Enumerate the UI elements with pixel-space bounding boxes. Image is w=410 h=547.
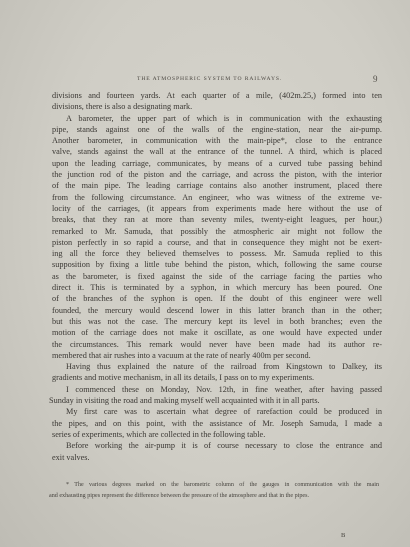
text-line: exit valves. <box>52 452 382 463</box>
text-line: the circumstances. This remark would nev… <box>52 339 382 350</box>
text-line: breaks, that they ran at more than seven… <box>52 214 382 225</box>
text-line: motion of the carriage does not make it … <box>52 327 382 338</box>
page-number: 9 <box>373 74 378 84</box>
text-line: upon the leading carriage, communicates,… <box>52 158 382 169</box>
running-title: THE ATMOSPHERIC SYSTEM TO RAILWAYS. <box>137 76 282 82</box>
footnote: * The various degrees marked on the baro… <box>49 480 379 501</box>
signature-mark: B <box>341 532 345 539</box>
footnote-line: * The various degrees marked on the baro… <box>49 480 379 491</box>
text-line: of the branches of the syphon is open. I… <box>52 293 382 304</box>
text-line: direct it. This is terminated by a sypho… <box>52 282 382 293</box>
text-line: My first care was to ascertain what degr… <box>52 406 382 417</box>
text-line: divisions, there is also a designating m… <box>52 101 382 112</box>
text-line: ing all the force they believed themselv… <box>52 248 382 259</box>
text-line: divisions and fourteen yards. At each qu… <box>52 90 382 101</box>
text-line: membered that air rushes into a vacuum a… <box>52 350 382 361</box>
text-line: A barometer, the upper part of which is … <box>52 113 382 124</box>
text-line: of the main pipe. The leading carriage c… <box>52 180 382 191</box>
text-line: pipe, stands against one of the walls of… <box>52 124 382 135</box>
body-text: divisions and fourteen yards. At each qu… <box>52 90 382 463</box>
text-line: Having thus explained the nature of the … <box>52 361 382 372</box>
text-line: series of experiments, which are collect… <box>52 429 382 440</box>
text-line: Sunday in visiting the road and making m… <box>49 395 382 406</box>
text-line: supposition by fixing a little tube behi… <box>52 259 382 270</box>
text-line: the pipes, and on this point, with the a… <box>52 418 382 429</box>
text-line: valve, stands against the wall at the en… <box>52 146 382 157</box>
text-line: Before working the air-pump it is of cou… <box>52 440 382 451</box>
text-line: piston perfectly in so rapid a course, a… <box>52 237 382 248</box>
text-line: founded, the mercury would descend lower… <box>52 305 382 316</box>
text-line: from the following circumstance. An engi… <box>52 192 382 203</box>
book-page: THE ATMOSPHERIC SYSTEM TO RAILWAYS. 9 di… <box>0 0 410 547</box>
footnote-line: and exhausting pipes represent the diffe… <box>49 491 379 502</box>
text-line: remarked to Mr. Samuda, that possibly th… <box>52 226 382 237</box>
text-line: gradients and motive mechanism, in all i… <box>52 372 382 383</box>
running-head: THE ATMOSPHERIC SYSTEM TO RAILWAYS. 9 <box>0 74 410 86</box>
text-line: but this was not the case. The mercury k… <box>52 316 382 327</box>
text-line: Another barometer, in communication with… <box>52 135 382 146</box>
text-line: the junction rod of the piston and the c… <box>52 169 382 180</box>
text-line: locity of the carriages, (it appears fro… <box>52 203 382 214</box>
text-line: I commenced these on Monday, Nov. 12th, … <box>52 384 382 395</box>
text-line: as the barometer, is fixed against the s… <box>52 271 382 282</box>
